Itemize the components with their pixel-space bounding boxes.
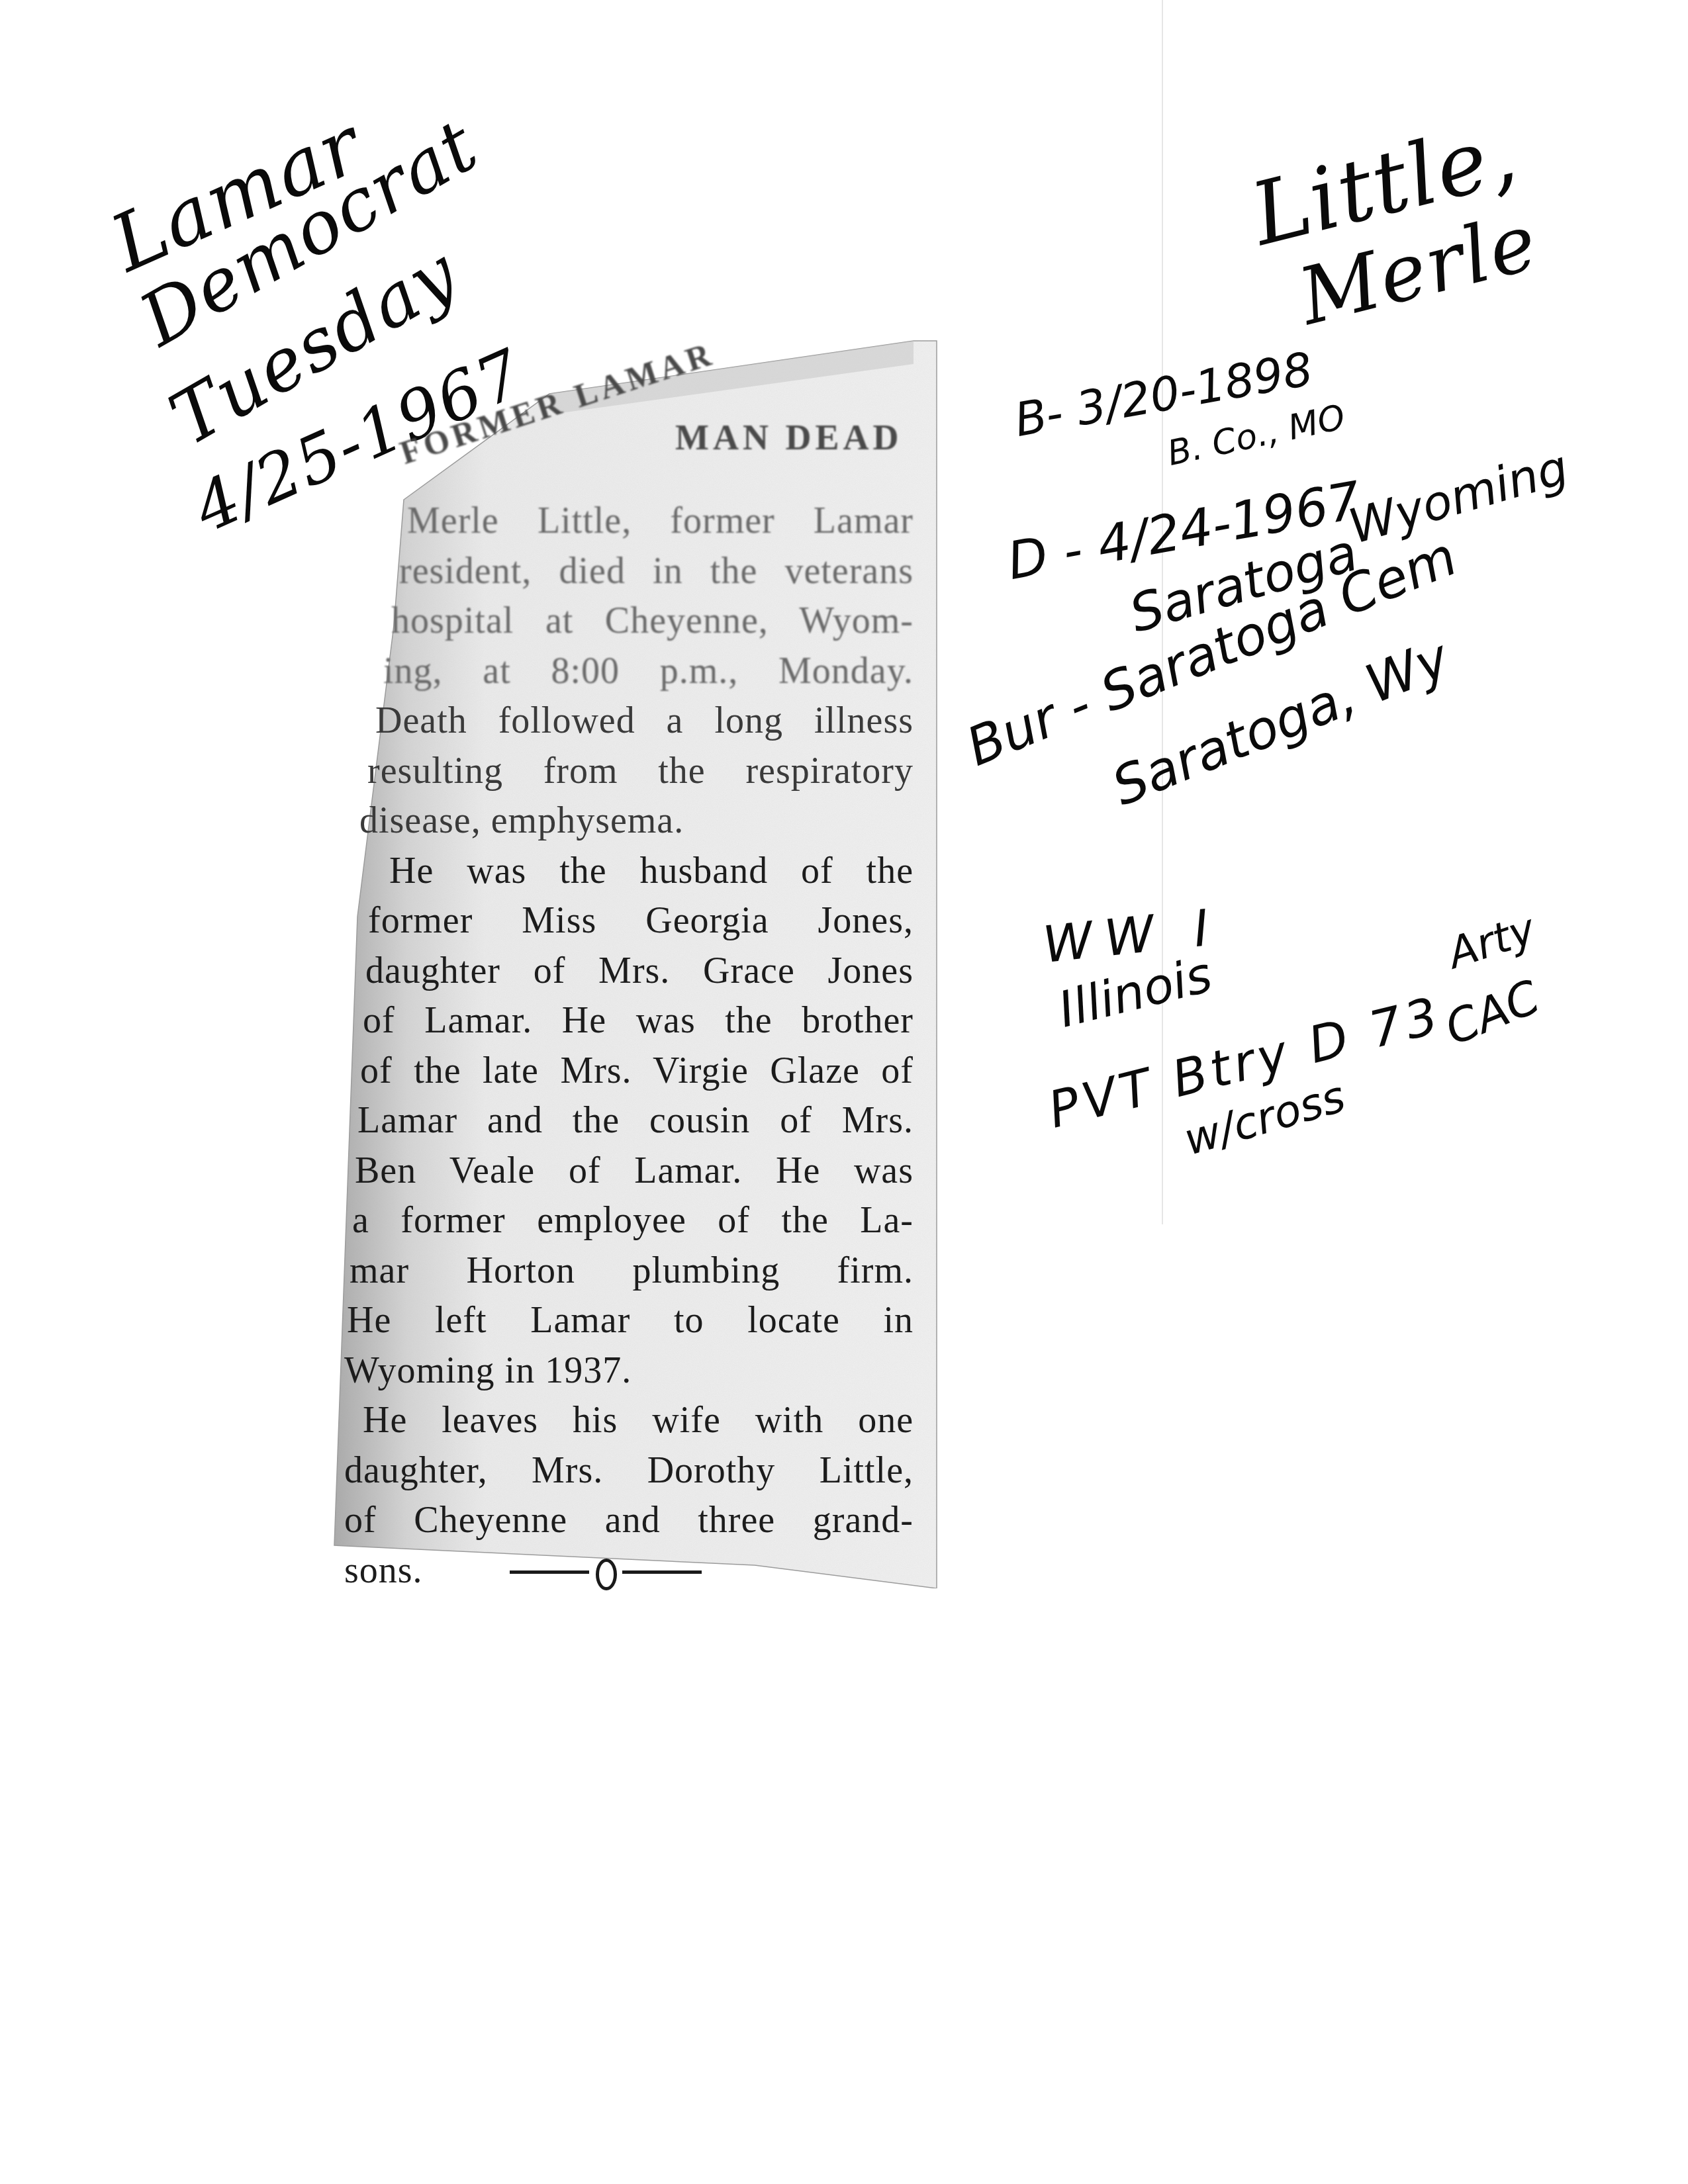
obituary-article: FORMER LAMAR MAN DEAD Merle Little, form…: [331, 334, 940, 1588]
article-line: former Miss Georgia Jones,: [368, 899, 914, 942]
newspaper-clipping: FORMER LAMAR MAN DEAD Merle Little, form…: [331, 334, 940, 1588]
death-state-note: Wyoming: [1344, 443, 1573, 551]
article-line: hospital at Cheyenne, Wyom-: [391, 600, 914, 642]
divider-ornament: [596, 1559, 617, 1590]
article-line: mar Horton plumbing firm.: [350, 1250, 914, 1292]
article-line: of Lamar. He was the brother: [363, 999, 914, 1042]
article-line: Death followed a long illness: [375, 700, 914, 742]
article-line: daughter of Mrs. Grace Jones: [365, 950, 914, 992]
headline-line2: MAN DEAD: [675, 417, 902, 458]
article-line: of Cheyenne and three grand-: [344, 1499, 914, 1541]
article-line: ing, at 8:00 p.m., Monday.: [383, 650, 914, 692]
article-line: Lamar and the cousin of Mrs.: [357, 1099, 914, 1142]
document-page: Lamar Democrat Tuesday 4/25-1967 Little,…: [0, 0, 1688, 2184]
section-divider: [510, 1552, 702, 1592]
article-line: of the late Mrs. Virgie Glaze of: [360, 1050, 914, 1092]
article-line: daughter, Mrs. Dorothy Little,: [344, 1449, 914, 1492]
military-branch-line2: CAC: [1439, 974, 1546, 1052]
article-line: disease, emphysema.: [359, 799, 684, 842]
article-line: Merle Little, former Lamar: [407, 500, 914, 542]
article-line: Ben Veale of Lamar. He was: [355, 1150, 914, 1192]
divider-rule-left: [510, 1570, 589, 1574]
article-line: resulting from the respiratory: [367, 750, 914, 792]
article-line: a former employee of the La-: [352, 1199, 914, 1242]
article-line: He was the husband of the: [389, 850, 914, 892]
article-line: He leaves his wife with one: [363, 1399, 914, 1441]
article-line: He left Lamar to locate in: [347, 1299, 914, 1342]
article-line: sons.: [344, 1549, 423, 1592]
article-line: Wyoming in 1937.: [344, 1349, 632, 1392]
article-line: resident, died in the veterans: [399, 550, 914, 592]
divider-rule-right: [622, 1570, 702, 1574]
headline-line1: FORMER LAMAR: [395, 334, 719, 472]
military-branch-line1: Arty: [1443, 908, 1540, 976]
